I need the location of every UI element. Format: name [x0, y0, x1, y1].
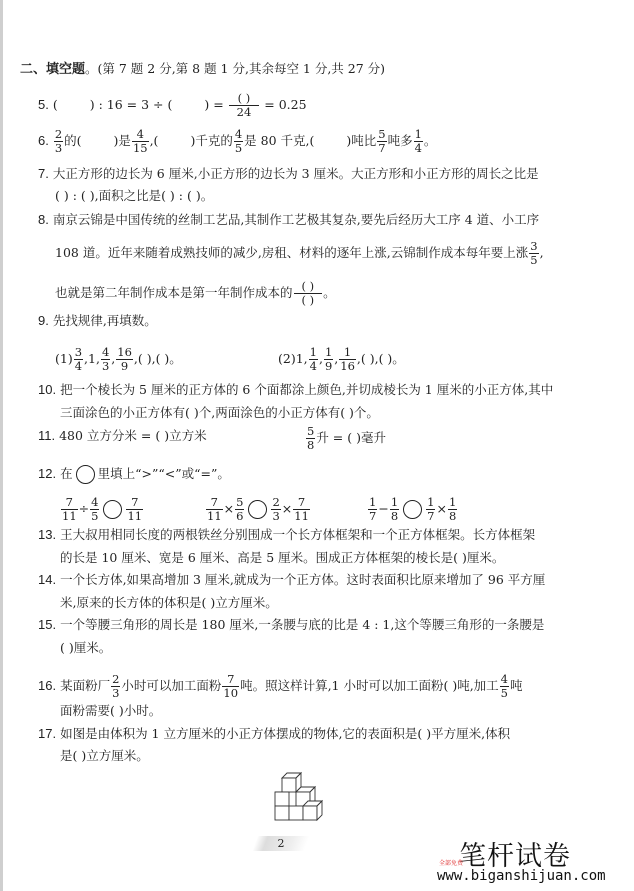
part-label: (2)1,	[278, 351, 308, 366]
q6-text: 。	[424, 133, 437, 148]
comparison-1: 711÷45711	[60, 496, 144, 523]
q5-text: (	[53, 97, 58, 112]
page-edge	[0, 0, 3, 891]
question-number: 11.	[38, 428, 55, 443]
question-11: 11. 480 立方分米 = ( )立方米	[38, 428, 207, 444]
question-8-line3: 也就是第二年制作成本是第一年制作成本的( )( )。	[55, 280, 336, 307]
question-9-part2: (2)1,14,19,116,( ),( )。	[278, 346, 405, 373]
q5-text: = 0.25	[264, 97, 306, 112]
question-text: 把一个棱长为 5 厘米的正方体的 6 个面都涂上颜色,并切成棱长为 1 厘米的小…	[60, 382, 553, 397]
fraction: 35	[529, 240, 538, 267]
q6-text: 吨多	[388, 133, 413, 148]
question-text: 。	[323, 285, 336, 300]
question-number: 5.	[38, 97, 49, 112]
question-15: 15. 一个等腰三角形的周长是 180 厘米,一条腰与底的比是 4 : 1,这个…	[38, 617, 544, 633]
question-number: 9.	[38, 313, 49, 328]
question-8: 8. 南京云锦是中国传统的丝制工艺品,其制作工艺极其复杂,要先后经历大工序 4 …	[38, 212, 539, 228]
q6-text: )吨比	[346, 133, 376, 148]
q6-text: )千克的	[190, 133, 232, 148]
fraction: 19	[324, 346, 333, 373]
fraction: 57	[377, 128, 386, 155]
q6-text: )是	[114, 133, 131, 148]
q5-text: ) : 16 = 3 ÷ (	[90, 97, 173, 112]
question-7-line2[interactable]: ( ) : ( ),面积之比是( ) : ( )。	[55, 188, 213, 204]
q6-text: ,(	[150, 133, 159, 148]
fraction: 43	[101, 346, 110, 373]
compare-circle[interactable]	[403, 500, 422, 519]
question-text: 某面粉厂	[60, 678, 110, 693]
q6-text: 的(	[64, 133, 81, 148]
section-note: 。(第 7 题 2 分,第 8 题 1 分,其余每空 1 分,共 27 分)	[85, 61, 385, 76]
question-8-line2: 108 道。近年来随着成熟技师的减少,房租、材料的逐年上涨,云锦制作成本每年要上…	[55, 240, 544, 267]
question-7: 7. 大正方形的边长为 6 厘米,小正方形的边长为 3 厘米。大正方形和小正方形…	[38, 166, 539, 182]
answer-blanks[interactable]: ,( ),( )。	[357, 351, 405, 366]
fraction: 415	[132, 128, 149, 155]
page-number-band: 2	[252, 836, 309, 851]
question-6: 6. 23的()是415,()千克的45是 80 千克,()吨比57吨多14。	[38, 128, 436, 155]
fraction: 116	[339, 346, 356, 373]
question-14: 14. 一个长方体,如果高增加 3 厘米,就成为一个正方体。这时表面积比原来增加…	[38, 572, 545, 588]
question-number: 12.	[38, 466, 56, 481]
q6-text: 是 80 千克,(	[244, 133, 314, 148]
question-13: 13. 王大叔用相同长度的两根铁丝分别围成一个长方体框架和一个正方体框架。长方体…	[38, 527, 535, 543]
question-number: 14.	[38, 572, 56, 587]
question-number: 17.	[38, 726, 56, 741]
question-text: 一个长方体,如果高增加 3 厘米,就成为一个正方体。这时表面积比原来增加了 96…	[60, 572, 545, 587]
question-number: 8.	[38, 212, 49, 227]
question-text: 也就是第二年制作成本是第一年制作成本的	[55, 285, 293, 300]
watermark-url[interactable]: www.biganshijuan.com	[437, 868, 606, 884]
question-13-line2[interactable]: 的长是 10 厘米、宽是 6 厘米、高是 5 厘米。围成正方体框架的棱长是( )…	[60, 550, 504, 566]
question-text: 在	[60, 466, 73, 481]
question-text: 大正方形的边长为 6 厘米,小正方形的边长为 3 厘米。大正方形和小正方形的周长…	[53, 166, 539, 181]
question-text: 里填上“>”“<”或“=”。	[98, 466, 230, 481]
question-number: 6.	[38, 133, 49, 148]
compare-circle[interactable]	[103, 500, 122, 519]
question-number: 13.	[38, 527, 56, 542]
circle-icon	[76, 465, 95, 484]
question-number: 10.	[38, 382, 56, 397]
question-9-part1: (1)34,1,43,169,( ),( )。	[55, 346, 182, 373]
question-text: 小时可以加工面粉	[121, 678, 221, 693]
fraction: 14	[309, 346, 318, 373]
question-17: 17. 如图是由体积为 1 立方厘米的小正方体摆成的物体,它的表面积是( )平方…	[38, 726, 510, 742]
question-number: 16.	[38, 678, 56, 693]
question-text: ,	[540, 245, 544, 260]
part-label: (1)	[55, 351, 73, 366]
question-text: 吨	[510, 678, 523, 693]
question-text[interactable]: 升 = ( )毫升	[316, 430, 386, 445]
question-16-line2[interactable]: 面粉需要( )小时。	[60, 703, 161, 719]
question-11-part2: 58升 = ( )毫升	[305, 425, 386, 452]
comparison-3: 17−1817×18	[367, 496, 458, 523]
question-text: 108 道。近年来随着成熟技师的减少,房租、材料的逐年上涨,云锦制作成本每年要上…	[55, 245, 528, 260]
section-title: 二、填空题	[20, 62, 85, 77]
question-text[interactable]: 吨。照这样计算,1 小时可以加工面粉( )吨,加工	[240, 678, 499, 693]
question-text[interactable]: 480 立方分米 = ( )立方米	[59, 428, 206, 443]
question-text: 先找规律,再填数。	[53, 313, 157, 328]
compare-circle[interactable]	[248, 500, 267, 519]
question-15-line2[interactable]: ( )厘米。	[60, 640, 111, 656]
question-12: 12. 在里填上“>”“<”或“=”。	[38, 465, 230, 484]
answer-blank[interactable]: ( )	[229, 92, 260, 106]
fraction: 23	[54, 128, 63, 155]
comparison-2: 711×5623×711	[205, 496, 311, 523]
fraction: 14	[414, 128, 423, 155]
question-number: 15.	[38, 617, 56, 632]
watermark-tag: 全部免费	[439, 858, 463, 867]
question-17-line2[interactable]: 是( )立方厘米。	[60, 748, 149, 764]
question-text: 一个等腰三角形的周长是 180 厘米,一条腰与底的比是 4 : 1,这个等腰三角…	[60, 617, 544, 632]
fraction: ( )24	[229, 92, 260, 119]
cube-stack-figure	[270, 768, 340, 824]
question-10: 10. 把一个棱长为 5 厘米的正方体的 6 个面都涂上颜色,并切成棱长为 1 …	[38, 382, 553, 398]
question-5: 5. () : 16 = 3 ÷ () = ( )24 = 0.25	[38, 92, 307, 119]
q5-text: ) =	[204, 97, 223, 112]
question-16: 16. 某面粉厂23小时可以加工面粉710吨。照这样计算,1 小时可以加工面粉(…	[38, 673, 523, 700]
fraction: 34	[74, 346, 83, 373]
answer-blanks[interactable]: ,( ),( )。	[134, 351, 182, 366]
page-number: 2	[255, 836, 307, 851]
question-10-line2[interactable]: 三面涂色的小正方体有( )个,两面涂色的小正方体有( )个。	[60, 405, 379, 421]
question-9: 9. 先找规律,再填数。	[38, 313, 157, 329]
answer-fraction[interactable]: ( )( )	[294, 280, 323, 307]
section-header: 二、填空题。(第 7 题 2 分,第 8 题 1 分,其余每空 1 分,共 27…	[20, 61, 385, 78]
question-number: 7.	[38, 166, 49, 181]
fraction: 45	[234, 128, 243, 155]
question-text: 南京云锦是中国传统的丝制工艺品,其制作工艺极其复杂,要先后经历大工序 4 道、小…	[53, 212, 539, 227]
fraction: 169	[116, 346, 133, 373]
question-text: 王大叔用相同长度的两根铁丝分别围成一个长方体框架和一个正方体框架。长方体框架	[60, 527, 535, 542]
sequence-text: ,1,	[84, 351, 100, 366]
question-14-line2[interactable]: 米,原来的长方体的体积是( )立方厘米。	[60, 595, 278, 611]
question-text[interactable]: 如图是由体积为 1 立方厘米的小正方体摆成的物体,它的表面积是( )平方厘米,体…	[60, 726, 510, 741]
fraction: 58	[306, 425, 315, 452]
